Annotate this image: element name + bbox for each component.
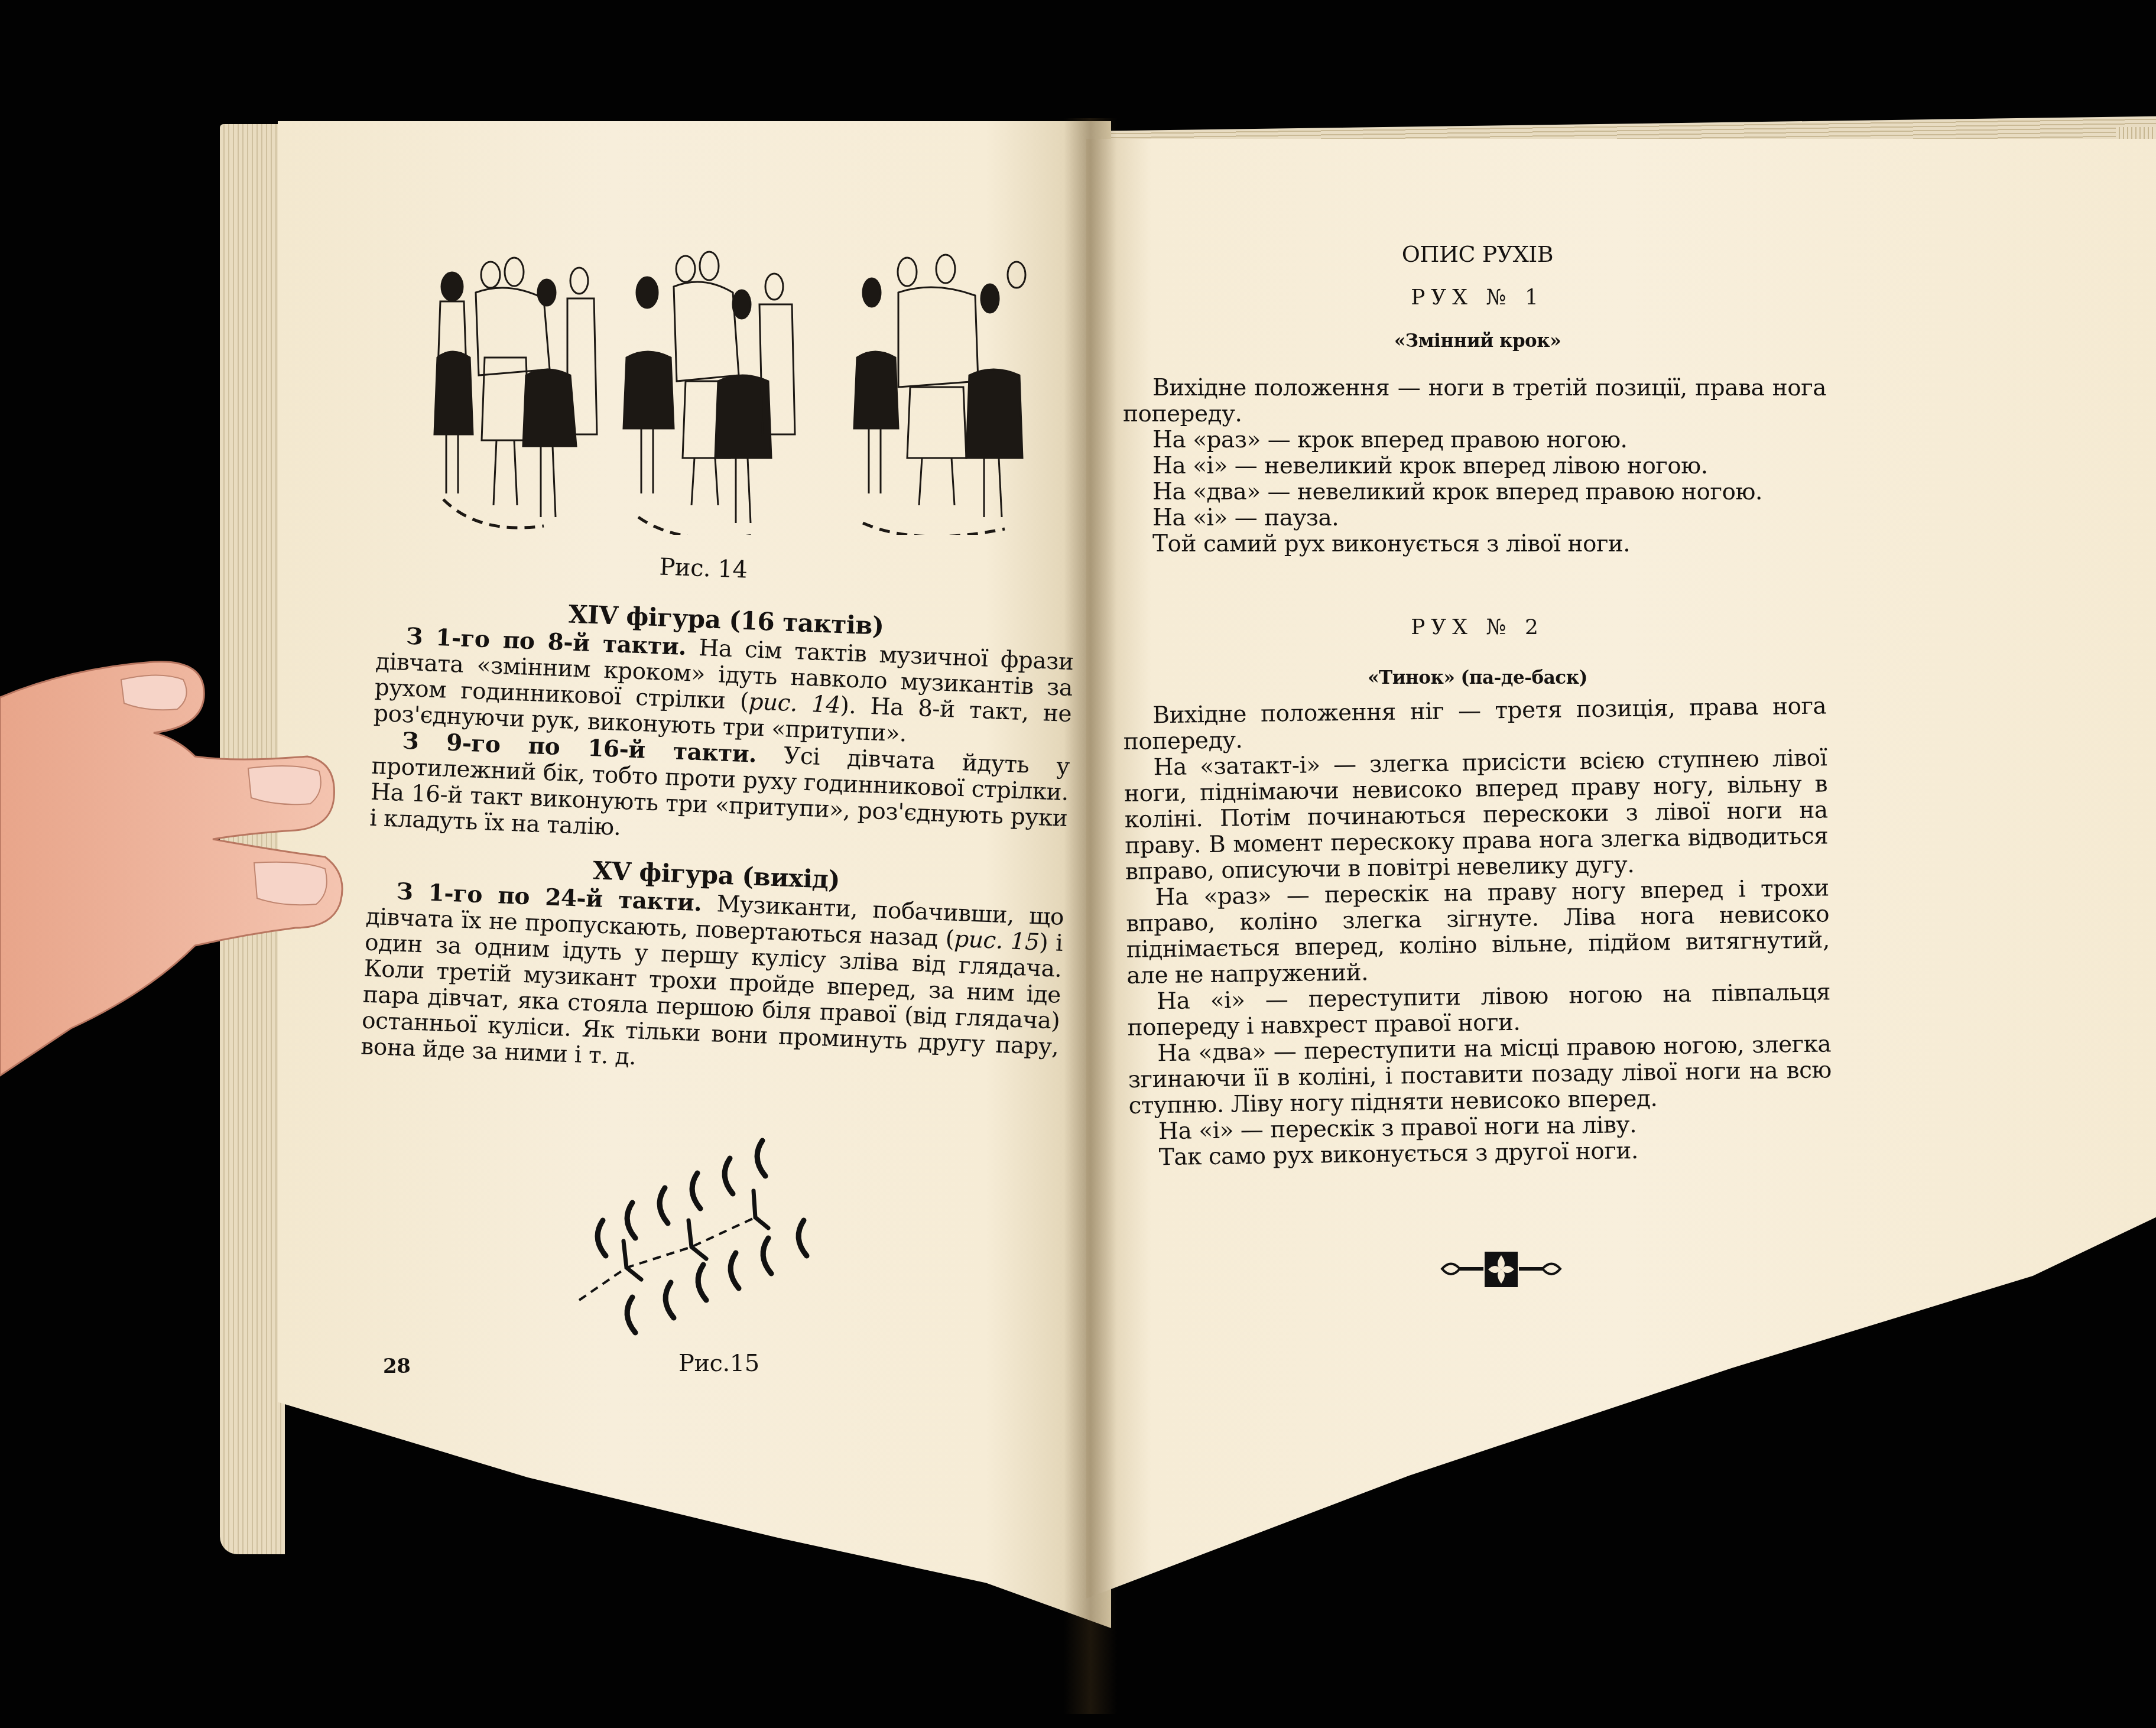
move1-heading: РУХ № 1 [1359, 285, 1596, 311]
move1-line: Вихідне положення — ноги в третій позиці… [1123, 375, 1826, 427]
move2-heading: РУХ № 2 [1359, 615, 1596, 641]
move2-description: Вихідне положення ніг — третя позиція, п… [1123, 693, 1833, 1171]
hand-holding-book [0, 615, 355, 1135]
section14: XIV фігура (16 тактів) З 1-го по 8-й так… [361, 594, 1075, 1087]
move1-name: «Змінний крок» [1359, 328, 1596, 354]
dance-exit-diagram-icon [567, 1123, 898, 1347]
figure15-reference: рис. 15 [954, 926, 1040, 956]
move1-description: Вихідне положення — ноги в третій позиці… [1123, 375, 1826, 557]
figure14-reference: рис. 14 [748, 688, 841, 719]
figure15-caption: Рис.15 [678, 1350, 759, 1376]
move1-line: На «і» — невеликий крок вперед лівою ног… [1123, 453, 1826, 479]
move2-line: На «два» — переступити на місці правою н… [1128, 1031, 1832, 1119]
move1-line: На «два» — невеликий крок вперед правою … [1123, 479, 1826, 505]
section15-paragraph: З 1-го по 24-й такти. Музиканти, побачив… [361, 878, 1064, 1087]
move2-name: «Тинок» (па-де-баск) [1330, 665, 1625, 691]
floral-ornament-icon [1436, 1247, 1566, 1291]
move1-line: На «і» — пауза. [1123, 505, 1826, 531]
move2-line: На «затакт-і» — злегка присісти всією ст… [1124, 745, 1829, 885]
move1-line: Той самий рух виконується з лівої ноги. [1123, 531, 1826, 557]
move1-line: На «раз» — крок вперед правою ногою. [1123, 427, 1826, 453]
move2-line: На «раз» — перескік на праву ногу вперед… [1125, 875, 1830, 989]
page-number: 28 [383, 1353, 410, 1379]
folk-dancers-illustration-icon [426, 239, 1082, 535]
page-title: ОПИС РУХІВ [1359, 241, 1596, 267]
